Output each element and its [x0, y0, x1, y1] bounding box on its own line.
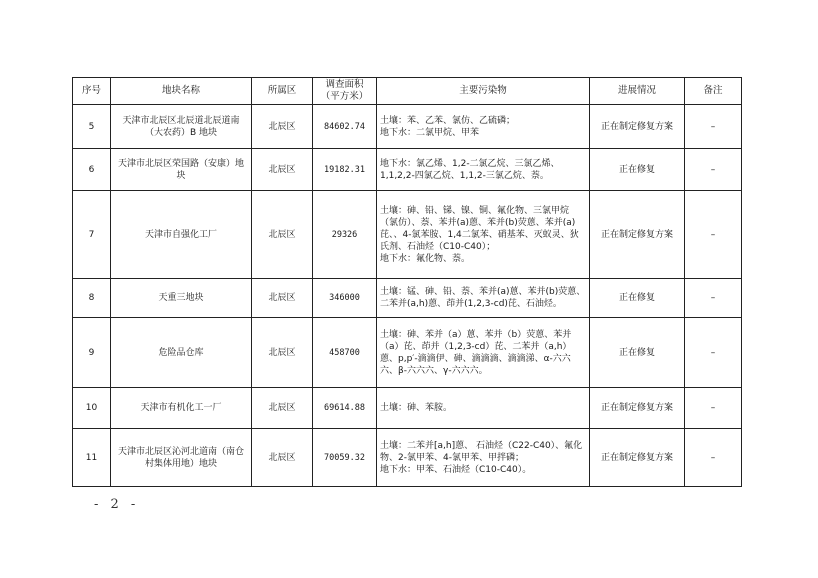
cell-district: 北辰区	[252, 149, 313, 191]
cell-progress: 正在修复	[590, 149, 685, 191]
cell-remarks: –	[685, 149, 742, 191]
pollutants-groundwater: 地下水：二氯甲烷、甲苯	[380, 127, 586, 139]
cell-index: 6	[73, 149, 111, 191]
cell-district: 北辰区	[252, 318, 313, 388]
cell-area: 69614.88	[313, 388, 377, 429]
cell-index: 11	[73, 429, 111, 487]
cell-progress: 正在制定修复方案	[590, 105, 685, 149]
pollutants-soil: 土壤：二苯并[a,h]蒽、 石油烃（C22-C40）、氟化物、2-氯甲苯、4-氯…	[380, 440, 586, 464]
cell-name: 天津市有机化工一厂	[111, 388, 252, 429]
cell-pollutants: 土壤：锰、砷、铅、萘、苯并(a)蒽、苯并(b)荧蒽、二苯并(a,h)蒽、茚并(1…	[377, 279, 590, 318]
cell-district: 北辰区	[252, 429, 313, 487]
cell-name: 天重三地块	[111, 279, 252, 318]
cell-index: 5	[73, 105, 111, 149]
table-row: 6 天津市北辰区荣国路（安康）地块 北辰区 19182.31 地下水：氯乙烯、1…	[73, 149, 742, 191]
cell-pollutants: 地下水：氯乙烯、1,2-二氯乙烷、三氯乙烯、1,1,2,2-四氯乙烷、1,1,2…	[377, 149, 590, 191]
cell-progress: 正在制定修复方案	[590, 429, 685, 487]
pollutants-soil: 土壤：苯、乙苯、氯仿、乙硫磷；	[380, 115, 586, 127]
header-index: 序号	[73, 78, 111, 105]
pollutants-soil: 土壤：砷、铅、锑、镍、铜、氟化物、三氯甲烷（氯仿）、萘、苯并(a)蒽、苯并(b)…	[380, 205, 586, 253]
cell-area: 29326	[313, 191, 377, 279]
cell-progress: 正在制定修复方案	[590, 191, 685, 279]
cell-pollutants: 土壤：苯、乙苯、氯仿、乙硫磷； 地下水：二氯甲烷、甲苯	[377, 105, 590, 149]
cell-index: 9	[73, 318, 111, 388]
cell-pollutants: 土壤：二苯并[a,h]蒽、 石油烃（C22-C40）、氟化物、2-氯甲苯、4-氯…	[377, 429, 590, 487]
table-row: 8 天重三地块 北辰区 346000 土壤：锰、砷、铅、萘、苯并(a)蒽、苯并(…	[73, 279, 742, 318]
cell-district: 北辰区	[252, 191, 313, 279]
pollutants-soil: 土壤：锰、砷、铅、萘、苯并(a)蒽、苯并(b)荧蒽、二苯并(a,h)蒽、茚并(1…	[380, 286, 586, 310]
table-row: 5 天津市北辰区北辰道北辰道南（大农药）B 地块 北辰区 84602.74 土壤…	[73, 105, 742, 149]
cell-name: 天津市北辰区北辰道北辰道南（大农药）B 地块	[111, 105, 252, 149]
pollutants-soil: 土壤：砷、苯胺。	[380, 402, 586, 414]
cell-remarks: –	[685, 105, 742, 149]
table-row: 7 天津市自强化工厂 北辰区 29326 土壤：砷、铅、锑、镍、铜、氟化物、三氯…	[73, 191, 742, 279]
cell-index: 8	[73, 279, 111, 318]
cell-remarks: –	[685, 388, 742, 429]
header-area-line2: （平方米）	[316, 91, 373, 103]
cell-area: 70059.32	[313, 429, 377, 487]
cell-district: 北辰区	[252, 388, 313, 429]
cell-remarks: –	[685, 191, 742, 279]
cell-name: 天津市自强化工厂	[111, 191, 252, 279]
cell-index: 10	[73, 388, 111, 429]
cell-name: 天津市北辰区荣国路（安康）地块	[111, 149, 252, 191]
cell-pollutants: 土壤：砷、苯并（a）蒽、苯并（b）荧蒽、苯并（a）芘、茚并（1,2,3-cd）芘…	[377, 318, 590, 388]
cell-district: 北辰区	[252, 105, 313, 149]
cell-area: 84602.74	[313, 105, 377, 149]
cell-name: 危险品仓库	[111, 318, 252, 388]
cell-area: 19182.31	[313, 149, 377, 191]
header-name: 地块名称	[111, 78, 252, 105]
table-row: 10 天津市有机化工一厂 北辰区 69614.88 土壤：砷、苯胺。 正在制定修…	[73, 388, 742, 429]
header-area: 调查面积 （平方米）	[313, 78, 377, 105]
cell-progress: 正在制定修复方案	[590, 388, 685, 429]
contaminated-sites-table: 序号 地块名称 所属区 调查面积 （平方米） 主要污染物 进展情况 备注 5 天…	[72, 77, 742, 487]
cell-index: 7	[73, 191, 111, 279]
cell-pollutants: 土壤：砷、铅、锑、镍、铜、氟化物、三氯甲烷（氯仿）、萘、苯并(a)蒽、苯并(b)…	[377, 191, 590, 279]
table-row: 9 危险品仓库 北辰区 458700 土壤：砷、苯并（a）蒽、苯并（b）荧蒽、苯…	[73, 318, 742, 388]
page-number: - 2 -	[94, 497, 139, 512]
header-district: 所属区	[252, 78, 313, 105]
cell-district: 北辰区	[252, 279, 313, 318]
cell-progress: 正在修复	[590, 279, 685, 318]
cell-pollutants: 土壤：砷、苯胺。	[377, 388, 590, 429]
cell-remarks: –	[685, 279, 742, 318]
cell-remarks: –	[685, 318, 742, 388]
document-page: 序号 地块名称 所属区 调查面积 （平方米） 主要污染物 进展情况 备注 5 天…	[0, 0, 818, 578]
cell-progress: 正在修复	[590, 318, 685, 388]
header-remarks: 备注	[685, 78, 742, 105]
pollutants-groundwater: 地下水：氟化物、萘。	[380, 253, 586, 265]
pollutants-soil: 土壤：砷、苯并（a）蒽、苯并（b）荧蒽、苯并（a）芘、茚并（1,2,3-cd）芘…	[380, 329, 586, 377]
header-progress: 进展情况	[590, 78, 685, 105]
cell-area: 458700	[313, 318, 377, 388]
cell-remarks: –	[685, 429, 742, 487]
pollutants-groundwater: 地下水：氯乙烯、1,2-二氯乙烷、三氯乙烯、1,1,2,2-四氯乙烷、1,1,2…	[380, 158, 586, 182]
table-header-row: 序号 地块名称 所属区 调查面积 （平方米） 主要污染物 进展情况 备注	[73, 78, 742, 105]
header-area-line1: 调查面积	[316, 79, 373, 91]
cell-area: 346000	[313, 279, 377, 318]
header-pollutants: 主要污染物	[377, 78, 590, 105]
pollutants-groundwater: 地下水：甲苯、石油烃（C10-C40）。	[380, 464, 586, 476]
table-row: 11 天津市北辰区沁河北道南（南仓村集体用地）地块 北辰区 70059.32 土…	[73, 429, 742, 487]
cell-name: 天津市北辰区沁河北道南（南仓村集体用地）地块	[111, 429, 252, 487]
